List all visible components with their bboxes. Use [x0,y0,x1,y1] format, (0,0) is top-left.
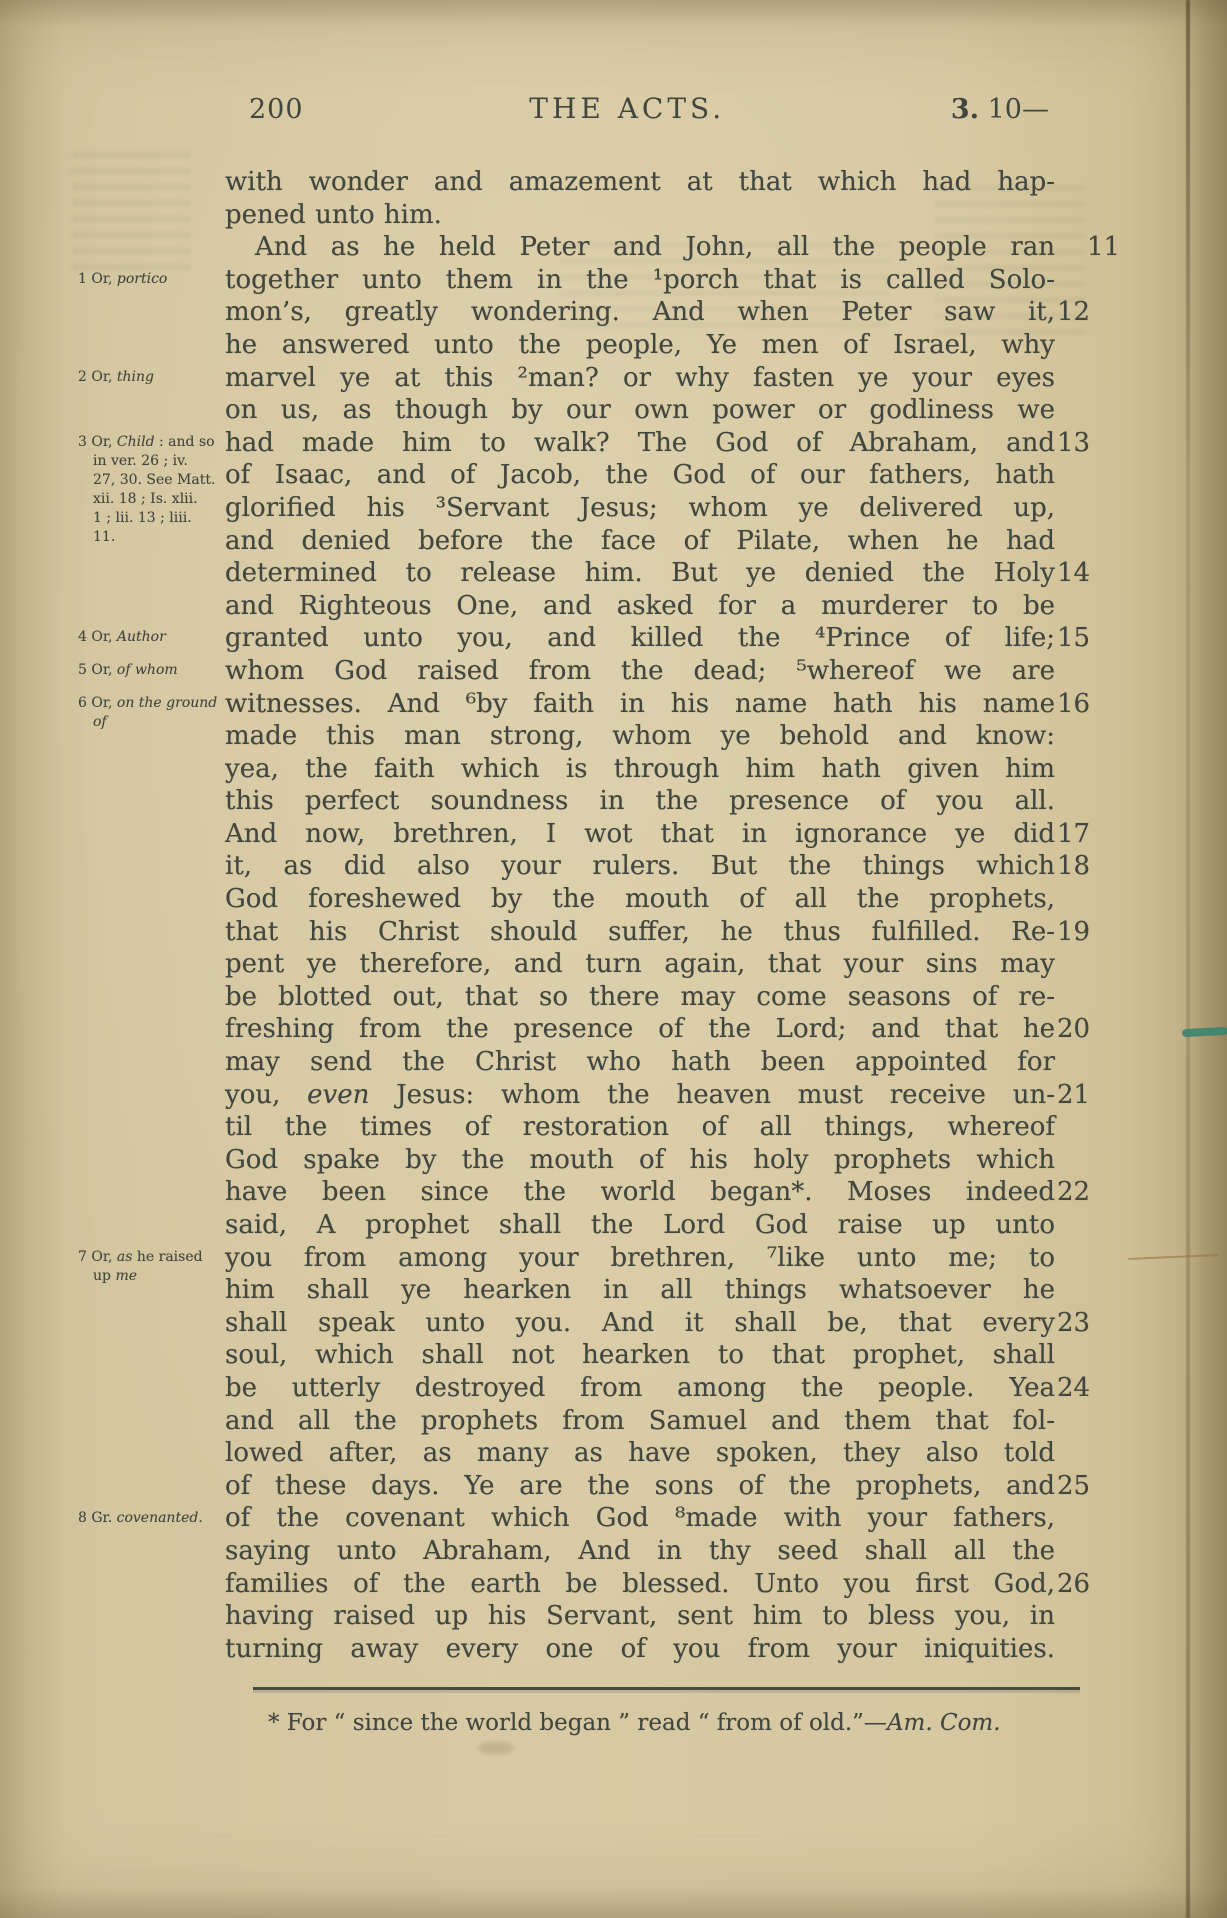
line-text: mon’s, greatly wondering. And when Peter… [225,297,1055,327]
verse-number: 18 [1057,850,1103,883]
text-line: that his Christ should suffer, he thus f… [225,916,1055,949]
text-line: be blotted out, that so there may come s… [225,981,1055,1014]
line-text: turning away every one of you from your … [225,1634,1055,1664]
text-line: whom God raised from the dead; ⁵whereof … [225,655,1055,688]
line-text: made this man strong, whom ye behold and… [225,721,1055,751]
verse-number: 22 [1057,1176,1103,1209]
line-text: had made him to walk? The God of Abraham… [225,428,1055,458]
text-line: have been since the world began*. Moses … [225,1176,1055,1209]
line-text: And as he held Peter and John, all the p… [255,232,1055,262]
text-line: of these days. Ye are the sons of the pr… [225,1470,1055,1503]
verse-number: 26 [1057,1568,1103,1601]
line-text: and Righteous One, and asked for a murde… [225,591,1055,621]
line-text: you from among your brethren, ⁷like unto… [225,1243,1055,1273]
footnote-text: * For “ since the world began ” read “ f… [268,1708,1083,1738]
margin-note-line: xii. 18 ; Is. xlii. [78,490,228,509]
text-line: glorified his ³Servant Jesus; whom ye de… [225,492,1055,525]
text-line: freshing from the presence of the Lord; … [225,1013,1055,1046]
line-text: he answered unto the people, Ye men of I… [225,330,1055,360]
margin-note-line: 1 ; lii. 13 ; liii. [78,509,228,528]
line-text: of Isaac, and of Jacob, the God of our f… [225,460,1055,490]
line-text: glorified his ³Servant Jesus; whom ye de… [225,493,1055,523]
verse-number: 20 [1057,1013,1103,1046]
text-line: you from among your brethren, ⁷like unto… [225,1242,1055,1275]
line-text: with wonder and amazement at that which … [225,167,1055,197]
page-number: 200 [225,94,304,125]
verse-number: 25 [1057,1470,1103,1503]
line-text: have been since the world began*. Moses … [225,1177,1055,1207]
text-line: this perfect soundness in the presence o… [225,785,1055,818]
line-text: And now, brethren, I wot that in ignoran… [225,819,1055,849]
margin-note-line: 27, 30. See Matt. [78,471,228,490]
line-text: God foreshewed by the mouth of all the p… [225,884,1055,914]
line-text: him shall ye hearken in all things whats… [225,1275,1055,1305]
text-line: had made him to walk? The God of Abraham… [225,427,1055,460]
text-line: may send the Christ who hath been appoin… [225,1046,1055,1079]
margin-note: 4 Or, Author [78,628,228,647]
text-line: together unto them in the ¹porch that is… [225,264,1055,297]
text-line: til the times of restoration of all thin… [225,1111,1055,1144]
line-text: and denied before the face of Pilate, wh… [225,526,1055,556]
margin-note-line: 8 Gr. covenanted. [78,1509,228,1528]
verse-number: 11 [1057,231,1103,264]
verse-number: 23 [1057,1307,1103,1340]
text-line: and all the prophets from Samuel and the… [225,1405,1055,1438]
line-text: be blotted out, that so there may come s… [225,982,1055,1012]
text-line: shall speak unto you. And it shall be, t… [225,1307,1055,1340]
text-line: granted unto you, and killed the ⁴Prince… [225,622,1055,655]
margin-note-line: of [78,713,228,732]
text-line: of the covenant which God ⁸made with you… [225,1502,1055,1535]
line-text: families of the earth be blessed. Unto y… [225,1569,1055,1599]
margin-note: 2 Or, thing [78,368,228,387]
text-line: you, even Jesus: whom the heaven must re… [225,1079,1055,1112]
text-line: God spake by the mouth of his holy proph… [225,1144,1055,1177]
running-title: THE ACTS. [529,92,725,125]
line-text: freshing from the presence of the Lord; … [225,1014,1055,1044]
verse-number: 13 [1057,427,1103,460]
text-line: on us, as though by our own power or god… [225,394,1055,427]
verse-number: 17 [1057,818,1103,851]
line-text: determined to release him. But ye denied… [225,558,1055,588]
text-line: families of the earth be blessed. Unto y… [225,1568,1055,1601]
line-text: together unto them in the ¹porch that is… [225,265,1055,295]
line-text: of these days. Ye are the sons of the pr… [225,1471,1055,1501]
line-text: soul, which shall not hearken to that pr… [225,1340,1055,1370]
margin-note: 6 Or, on the groundof [78,694,228,732]
text-line: he answered unto the people, Ye men of I… [225,329,1055,362]
margin-note-line: 3 Or, Child : and so [78,433,228,452]
line-text: that his Christ should suffer, he thus f… [225,917,1055,947]
margin-note-line: 2 Or, thing [78,368,228,387]
verse-number: 21 [1057,1079,1103,1112]
margin-note: 7 Or, as he raisedup me [78,1248,228,1286]
margin-note-line: 11. [78,528,228,547]
line-text: and all the prophets from Samuel and the… [225,1406,1055,1436]
text-line: yea, the faith which is through him hath… [225,753,1055,786]
line-text: pened unto him. [225,200,442,230]
margin-note: 5 Or, of whom [78,661,228,680]
text-line: God foreshewed by the mouth of all the p… [225,883,1055,916]
verse-number: 12 [1057,296,1103,329]
page-header: 200 THE ACTS. 3. 10— [225,92,1055,128]
text-line: with wonder and amazement at that which … [225,166,1055,199]
line-text: yea, the faith which is through him hath… [225,754,1055,784]
text-line: saying unto Abraham, And in thy seed sha… [225,1535,1055,1568]
text-line: said, A prophet shall the Lord God raise… [225,1209,1055,1242]
margin-note-line: up me [78,1267,228,1286]
text-line: be utterly destroyed from among the peop… [225,1372,1055,1405]
verse-number: 14 [1057,557,1103,590]
line-text: be utterly destroyed from among the peop… [225,1373,1055,1403]
line-text: God spake by the mouth of his holy proph… [225,1145,1055,1175]
line-text: til the times of restoration of all thin… [225,1112,1055,1142]
margin-note-line: 5 Or, of whom [78,661,228,680]
verse-reference-chapter: 3. [951,94,979,125]
margin-note-line: 4 Or, Author [78,628,228,647]
line-text: you, even Jesus: whom the heaven must re… [225,1080,1055,1110]
text-line: determined to release him. But ye denied… [225,557,1055,590]
text-line: and Righteous One, and asked for a murde… [225,590,1055,623]
body-column: with wonder and amazement at that which … [225,166,1055,1665]
text-line: turning away every one of you from your … [225,1633,1055,1666]
margin-note-line: 6 Or, on the ground [78,694,228,713]
text-line: lowed after, as many as have spoken, the… [225,1437,1055,1470]
text-line: of Isaac, and of Jacob, the God of our f… [225,459,1055,492]
line-text: having raised up his Servant, sent him t… [225,1601,1055,1631]
line-text: whom God raised from the dead; ⁵whereof … [225,656,1055,686]
line-text: pent ye therefore, and turn again, that … [225,949,1055,979]
line-text: saying unto Abraham, And in thy seed sha… [225,1536,1055,1566]
line-text: marvel ye at this ²man? or why fasten ye… [225,363,1055,393]
text-line: pent ye therefore, and turn again, that … [225,948,1055,981]
text-line: having raised up his Servant, sent him t… [225,1600,1055,1633]
page-crease-line [1186,0,1190,1918]
verse-reference: 3. 10— [951,94,1055,125]
text-line: and denied before the face of Pilate, wh… [225,525,1055,558]
verse-number: 19 [1057,916,1103,949]
line-text: granted unto you, and killed the ⁴Prince… [225,623,1055,653]
margin-notes: 1 Or, portico2 Or, thing3 Or, Child : an… [0,0,225,1918]
footnote-divider [253,1687,1080,1690]
line-text: on us, as though by our own power or god… [225,395,1055,425]
text-line: pened unto him. [225,199,1055,232]
verse-number: 24 [1057,1372,1103,1405]
line-text: said, A prophet shall the Lord God raise… [225,1210,1055,1240]
text-line: him shall ye hearken in all things whats… [225,1274,1055,1307]
margin-note: 1 Or, portico [78,270,228,289]
verse-number: 15 [1057,622,1103,655]
book-page-scan: 200 THE ACTS. 3. 10— 1 Or, portico2 Or, … [0,0,1227,1918]
margin-note: 3 Or, Child : and soin ver. 26 ; iv.27, … [78,433,228,547]
text-line: marvel ye at this ²man? or why fasten ye… [225,362,1055,395]
line-text: it, as did also your rulers. But the thi… [225,851,1055,881]
line-text: may send the Christ who hath been appoin… [225,1047,1055,1077]
scan-smudge-artifact [478,1742,514,1754]
line-text: shall speak unto you. And it shall be, t… [225,1308,1055,1338]
text-line: And as he held Peter and John, all the p… [225,231,1055,264]
line-text: this perfect soundness in the presence o… [225,786,1055,816]
line-text: of the covenant which God ⁸made with you… [225,1503,1055,1533]
verse-reference-range: 10— [979,94,1049,125]
text-line: made this man strong, whom ye behold and… [225,720,1055,753]
line-text: witnesses. And ⁶by faith in his name hat… [225,689,1055,719]
text-line: And now, brethren, I wot that in ignoran… [225,818,1055,851]
line-text: lowed after, as many as have spoken, the… [225,1438,1055,1468]
verse-number: 16 [1057,688,1103,721]
text-line: mon’s, greatly wondering. And when Peter… [225,296,1055,329]
page-edge-shadow-right [1185,0,1227,1918]
margin-note: 8 Gr. covenanted. [78,1509,228,1528]
margin-note-line: in ver. 26 ; iv. [78,452,228,471]
text-line: witnesses. And ⁶by faith in his name hat… [225,688,1055,721]
margin-note-line: 1 Or, portico [78,270,228,289]
text-line: it, as did also your rulers. But the thi… [225,850,1055,883]
margin-note-line: 7 Or, as he raised [78,1248,228,1267]
text-line: soul, which shall not hearken to that pr… [225,1339,1055,1372]
